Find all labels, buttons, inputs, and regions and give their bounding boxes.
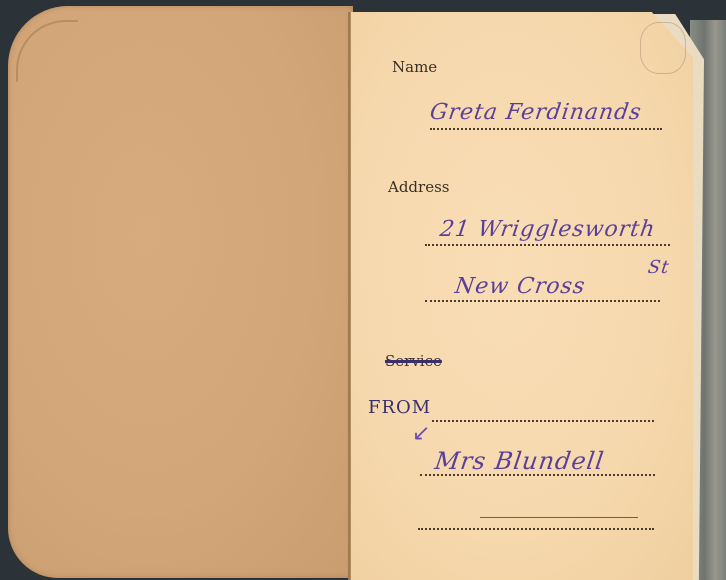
name-line <box>430 128 662 130</box>
from-line2 <box>420 474 655 476</box>
left-page-cover <box>8 6 353 578</box>
service-label: Service <box>385 352 442 370</box>
from-value: Mrs Blundell <box>433 447 606 475</box>
name-label: Name <box>392 58 437 76</box>
from-label: FROM <box>368 397 431 418</box>
arrow-icon: ↙ <box>412 420 430 446</box>
from-line3 <box>418 528 654 530</box>
pen-stroke <box>480 517 638 518</box>
address-suffix: St <box>647 257 672 278</box>
page-fold <box>348 12 350 580</box>
address-line1 <box>425 244 670 246</box>
from-line1 <box>432 420 654 422</box>
name-value: Greta Ferdinands <box>428 100 643 125</box>
address-line1-value: 21 Wrigglesworth <box>438 217 657 242</box>
address-line2 <box>425 300 660 302</box>
address-line2-value: New Cross <box>453 274 587 299</box>
address-label: Address <box>388 178 449 196</box>
corner-crease <box>640 22 686 74</box>
